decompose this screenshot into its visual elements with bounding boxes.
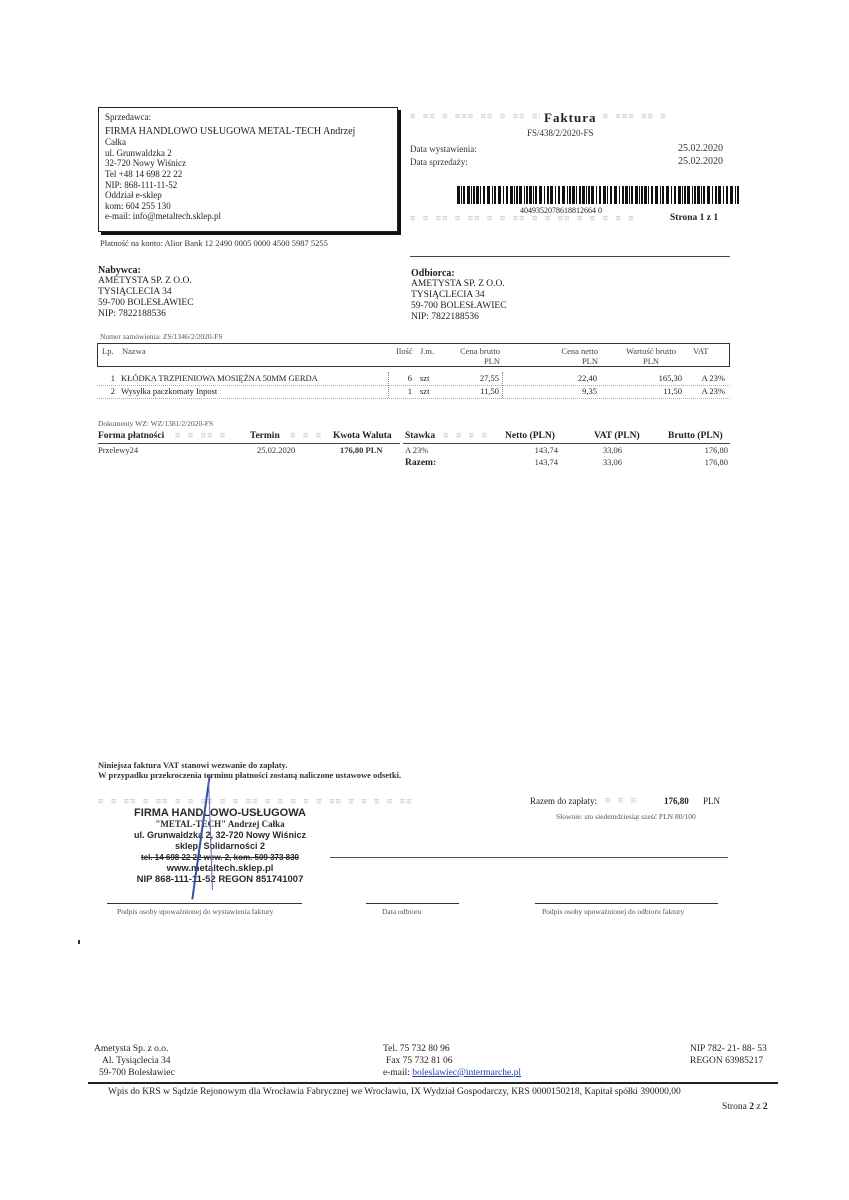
faded-noise: ≡ ≡ ≡ xyxy=(605,796,660,806)
to-pay-amount: 176,80 xyxy=(664,796,689,806)
stamp-divider xyxy=(330,857,728,858)
receiver-signature-label: Podpis osoby upoważnionej do odbioru fak… xyxy=(542,907,684,916)
issuer-signature-label: Podpis osoby upoważnionej do wystawienia… xyxy=(117,907,273,916)
vat-total-net: 143,74 xyxy=(500,457,558,467)
faded-noise: ≡ ≡ ≡≡ ≡ xyxy=(175,431,245,441)
to-pay-label: Razem do zapłaty: xyxy=(530,796,597,806)
payment-amount-header: Kwota Waluta xyxy=(333,431,392,441)
issue-date: 25.02.2020 xyxy=(678,143,723,154)
cell-name: KŁÓDKA TRZPIENIOWA MOSIĘŻNA 50MM GERDA xyxy=(121,373,381,383)
payment-due-header: Termin xyxy=(250,431,280,441)
company-stamp: FIRMA HANDLOWO-USŁUGOWA "METAL-TECH" And… xyxy=(110,808,330,885)
col-qty: Ilość xyxy=(396,346,413,356)
footer-regon: REGON 63985217 xyxy=(690,1055,767,1067)
vat-gross: 176,80 xyxy=(680,445,728,455)
vat-total-vat: 33,06 xyxy=(580,457,622,467)
recipient-city: 59-700 BOLESŁAWIEC xyxy=(411,301,507,312)
faded-footer-noise: ≡ ≡ ≡≡ ≡ ≡≡ ≡ ≡ ≡≡ ≡ ≡ ≡≡ ≡ ≡ ≡ ≡ ≡ xyxy=(410,214,665,224)
footer-address: Ametysta Sp. z o.o. Al. Tysiąclecia 34 5… xyxy=(94,1043,175,1079)
date-signature-line xyxy=(366,903,459,904)
table-row: 1KŁÓDKA TRZPIENIOWA MOSIĘŻNA 50MM GERDA6… xyxy=(97,372,730,386)
vat-gross-header: Brutto (PLN) xyxy=(668,431,723,441)
wz-documents: Dokumenty WZ: WZ/1381/2/2020-FS xyxy=(98,419,213,428)
recipient-name: AMETYSTA SP. Z O.O. xyxy=(411,279,507,290)
vat-vat: 33,06 xyxy=(580,445,622,455)
cell-net-price: 9,35 xyxy=(537,386,597,396)
cell-gross-value: 165,30 xyxy=(612,373,682,383)
buyer-label: Nabywca: xyxy=(98,265,194,276)
payment-form-header: Forma płatności xyxy=(98,431,164,441)
invoice-page-indicator: Strona 1 z 1 xyxy=(670,213,718,223)
cell-qty: 1 xyxy=(397,386,412,396)
bank-account: Płatność na konto: Alior Bank 12 2490 00… xyxy=(100,238,328,248)
seller-name-cont: Całka xyxy=(105,137,391,148)
vat-rate: A 23% xyxy=(405,445,428,455)
cell-name: Wysyłka paczkomaty Inpost xyxy=(121,386,381,396)
cell-vat: A 23% xyxy=(692,373,725,383)
faded-noise: ≡ ≡ ≡ ≡ xyxy=(443,431,498,441)
note-interest: W przypadku przekroczenia terminu płatno… xyxy=(98,770,401,780)
buyer-block: Nabywca: AMETYSTA SP. Z O.O. TYSIĄCLECIA… xyxy=(98,265,194,320)
buyer-city: 59-700 BOLESŁAWIEC xyxy=(98,298,194,309)
vat-net: 143,74 xyxy=(500,445,558,455)
seller-email: e-mail: info@metaltech.sklep.pl xyxy=(105,211,391,222)
buyer-name: AMETYSTA SP. Z O.O. xyxy=(98,276,194,287)
to-pay-currency: PLN xyxy=(703,796,720,806)
faded-noise: ≡ ≡ ≡ xyxy=(290,431,330,441)
seller-branch: Oddział e-sklep xyxy=(105,190,391,201)
footer-street: Al. Tysiąclecia 34 xyxy=(94,1055,175,1067)
seller-nip: NIP: 868-111-11-52 xyxy=(105,180,391,191)
footer-tel: Tel. 75 732 80 96 xyxy=(383,1043,521,1055)
invoice-title: Faktura xyxy=(540,110,601,126)
vat-vat-header: VAT (PLN) xyxy=(594,431,640,441)
cell-qty: 6 xyxy=(397,373,412,383)
receiver-signature-line xyxy=(535,903,718,904)
issuer-signature-line xyxy=(107,903,302,904)
vat-net-header: Netto (PLN) xyxy=(505,431,555,441)
seller-phone: Tel +48 14 698 22 22 xyxy=(105,169,391,180)
col-gross-price: Cena brutto PLN xyxy=(438,346,500,366)
seller-name: FIRMA HANDLOWO USŁUGOWA METAL-TECH Andrz… xyxy=(105,127,391,138)
footer-fax: Fax 75 732 81 06 xyxy=(383,1055,521,1067)
barcode xyxy=(457,186,742,204)
buyer-street: TYSIĄCLECIA 34 xyxy=(98,287,194,298)
col-vat: VAT xyxy=(693,346,708,356)
col-net-price: Cena netto PLN xyxy=(538,346,598,366)
seller-label: Sprzedawca: xyxy=(105,112,391,123)
footer-krs: Wpis do KRS w Sądzie Rejonowym dla Wrocł… xyxy=(108,1087,681,1097)
cell-gross-price: 11,50 xyxy=(437,386,499,396)
seller-street: ul. Grunwaldzka 2 xyxy=(105,148,391,159)
faded-noise: ≡ ≡ ≡≡ ≡ ≡≡ ≡ ≡ ≡≡ ≡ ≡ ≡≡ ≡ ≡ ≡ ≡ ≡ ≡≡ ≡… xyxy=(98,797,528,807)
column-separator xyxy=(388,372,389,398)
table-row: 2Wysyłka paczkomaty Inpost1szt11,509,351… xyxy=(97,385,730,399)
recipient-label: Odbiorca: xyxy=(411,268,507,279)
col-unit: J.m. xyxy=(420,346,434,356)
col-name: Nazwa xyxy=(122,346,146,356)
footer-ids: NIP 782- 21- 88- 53 REGON 63985217 xyxy=(690,1043,767,1067)
notes: Niniejsza faktura VAT stanowi wezwanie d… xyxy=(98,760,401,780)
cell-lp: 2 xyxy=(105,386,115,396)
invoice-number: FS/438/2/2020-FS xyxy=(527,128,594,138)
cell-net-price: 22,40 xyxy=(537,373,597,383)
col-lp: Lp. xyxy=(102,346,114,356)
seller-box: Sprzedawca: FIRMA HANDLOWO USŁUGOWA META… xyxy=(98,107,398,232)
cell-gross-price: 27,55 xyxy=(437,373,499,383)
column-separator xyxy=(502,372,503,398)
footer-email-link[interactable]: boleslawiec@intermarche.pl xyxy=(412,1068,521,1078)
buyer-nip: NIP: 7822188536 xyxy=(98,309,194,320)
footer-contact: Tel. 75 732 80 96 Fax 75 732 81 06 e-mai… xyxy=(383,1043,521,1079)
seller-mobile: kom: 604 255 130 xyxy=(105,201,391,212)
seller-city: 32-720 Nowy Wiśnicz xyxy=(105,158,391,169)
footer-city: 59-700 Bolesławiec xyxy=(94,1067,175,1079)
footer-divider xyxy=(88,1082,778,1084)
items-table-header: Lp. Nazwa Ilość J.m. Cena brutto PLN Cen… xyxy=(97,343,730,367)
payment-amount: 176,80 PLN xyxy=(340,445,383,455)
footer-nip: NIP 782- 21- 88- 53 xyxy=(690,1043,767,1055)
vat-total-label: Razem: xyxy=(405,458,436,468)
recipient-street: TYSIĄCLECIA 34 xyxy=(411,290,507,301)
issue-date-label: Data wystawienia: xyxy=(410,144,477,154)
recipient-nip: NIP: 7822188536 xyxy=(411,312,507,323)
payment-form: Przelewy24 xyxy=(98,445,138,455)
order-number: Numer zamówienia: ZS/1346/2/2020-FS xyxy=(100,332,223,341)
to-pay-in-words: Słownie: sto siedemdziesiąt sześć PLN 80… xyxy=(556,812,696,821)
header-divider xyxy=(410,256,730,257)
cell-vat: A 23% xyxy=(692,386,725,396)
footer-email-row: e-mail: boleslawiec@intermarche.pl xyxy=(383,1067,521,1079)
vat-divider xyxy=(403,443,730,444)
sale-date-label: Data sprzedaży: xyxy=(410,157,468,167)
scan-speck xyxy=(78,940,80,944)
footer-company: Ametysta Sp. z o.o. xyxy=(94,1043,175,1055)
note-payment-request: Niniejsza faktura VAT stanowi wezwanie d… xyxy=(98,760,401,770)
sale-date: 25.02.2020 xyxy=(678,156,723,167)
recipient-block: Odbiorca: AMETYSTA SP. Z O.O. TYSIĄCLECI… xyxy=(411,268,507,323)
col-gross-value: Wartość brutto PLN xyxy=(611,346,691,366)
payment-divider xyxy=(98,443,400,444)
cell-gross-value: 11,50 xyxy=(612,386,682,396)
vat-rate-header: Stawka xyxy=(405,431,435,441)
payment-due: 25.02.2020 xyxy=(257,445,295,455)
page-number: Strona 2 z 2 xyxy=(722,1102,768,1112)
date-signature-label: Data odbioru xyxy=(382,907,421,916)
vat-total-gross: 176,80 xyxy=(680,457,728,467)
cell-lp: 1 xyxy=(105,373,115,383)
